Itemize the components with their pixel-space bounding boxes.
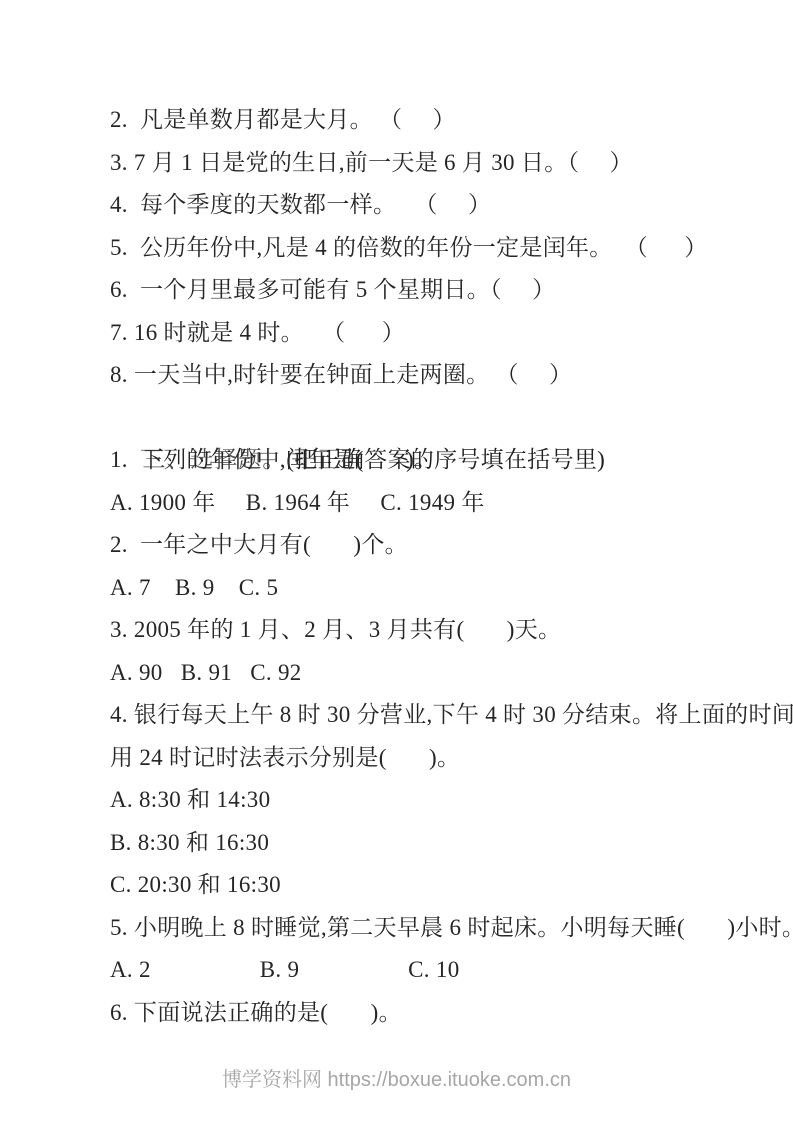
choice-q6-stem: 6. 下面说法正确的是( )。: [110, 992, 770, 1035]
watermark-footer: 博学资料网 https://boxue.ituoke.com.cn: [0, 1068, 793, 1092]
tf-question-2: 2. 凡是单数月都是大月。 （ ）: [110, 99, 770, 142]
choice-q4-stem-line1: 4. 银行每天上午 8 时 30 分营业,下午 4 时 30 分结束。将上面的时…: [110, 694, 770, 737]
tf-question-8: 8. 一天当中,时针要在钟面上走两圈。 （ ）: [110, 354, 770, 397]
tf-question-6: 6. 一个月里最多可能有 5 个星期日。（ ）: [110, 269, 770, 312]
choice-q2-stem: 2. 一年之中大月有( )个。: [110, 524, 770, 567]
choice-q4-option-b: B. 8:30 和 16:30: [110, 822, 770, 865]
worksheet-page: 2. 凡是单数月都是大月。 （ ） 3. 7 月 1 日是党的生日,前一天是 6…: [0, 0, 793, 1122]
choice-q5-stem: 5. 小明晚上 8 时睡觉,第二天早晨 6 时起床。小明每天睡( )小时。: [110, 907, 770, 950]
choice-q4-option-c: C. 20:30 和 16:30: [110, 864, 770, 907]
tf-question-3: 3. 7 月 1 日是党的生日,前一天是 6 月 30 日。（ ）: [110, 142, 770, 185]
choice-q2-options: A. 7 B. 9 C. 5: [110, 567, 770, 610]
tf-question-5: 5. 公历年份中,凡是 4 的倍数的年份一定是闰年。 （ ）: [110, 227, 770, 270]
choice-q5-options: A. 2 B. 9 C. 10: [110, 949, 770, 992]
choice-q3-stem: 3. 2005 年的 1 月、2 月、3 月共有( )天。: [110, 609, 770, 652]
tf-question-4: 4. 每个季度的天数都一样。 （ ）: [110, 184, 770, 227]
worksheet-content: 2. 凡是单数月都是大月。 （ ） 3. 7 月 1 日是党的生日,前一天是 6…: [110, 99, 770, 1034]
tf-question-7: 7. 16 时就是 4 时。 （ ）: [110, 312, 770, 355]
choice-q1-options: A. 1900 年 B. 1964 年 C. 1949 年: [110, 482, 770, 525]
choice-q3-options: A. 90 B. 91 C. 92: [110, 652, 770, 695]
choice-q4-stem-line2: 用 24 时记时法表示分别是( )。: [110, 737, 770, 780]
choice-section-heading: 三、选择题。(把正确答案的序号填在括号里): [106, 397, 770, 440]
choice-q4-option-a: A. 8:30 和 14:30: [110, 779, 770, 822]
